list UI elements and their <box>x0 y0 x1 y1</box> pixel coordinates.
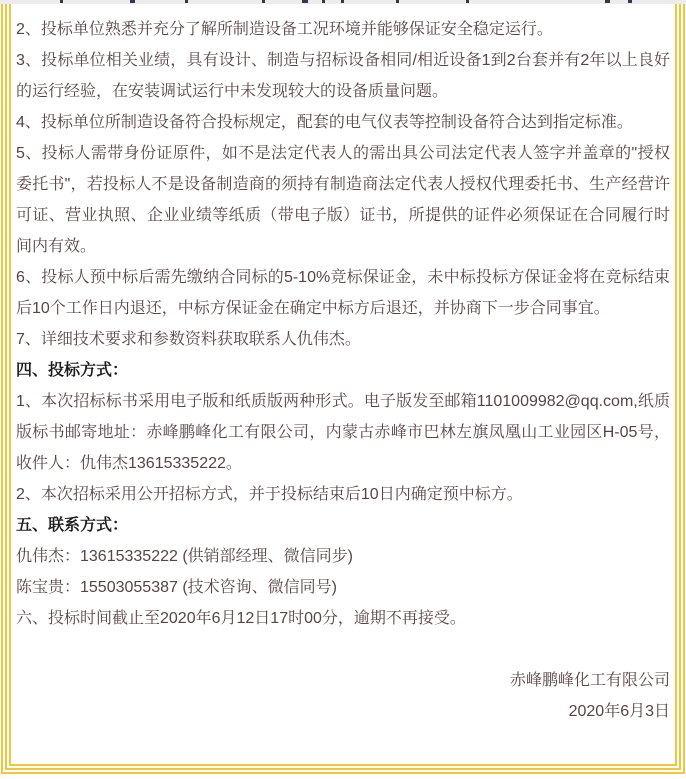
clipped-text-remnant <box>185 0 188 3</box>
paragraph: 4、投标单位所制造设备符合投标规定，配套的电气仪表等控制设备符合达到指定标准。 <box>16 107 670 138</box>
signature-date: 2020年6月3日 <box>16 696 670 727</box>
paragraph: 2、本次招标采用公开招标方式，并于投标结束后10日内确定预中标方。 <box>16 479 670 510</box>
signature-block: 赤峰鹏峰化工有限公司 2020年6月3日 <box>16 665 670 727</box>
clipped-text-remnant <box>302 0 308 3</box>
clipped-text-remnant <box>466 0 469 3</box>
clipped-text-remnant <box>396 0 399 3</box>
paragraph: 六、投标时间截止至2020年6月12日17时00分，逾期不再接受。 <box>16 603 670 634</box>
clipped-line-remnant <box>0 0 686 4</box>
paragraph: 1、本次招标标书采用电子版和纸质版两种形式。电子版发至邮箱1101009982@… <box>16 386 670 479</box>
paragraph: 6、投标人预中标后需先缴纳合同标的5-10%竞标保证金，未中标投标方保证金将在竞… <box>16 262 670 324</box>
clipped-text-remnant <box>628 0 632 3</box>
document-body: 2、投标单位熟悉并充分了解所制造设备工况环境并能够保证安全稳定运行。3、投标单位… <box>16 14 670 634</box>
clipped-text-remnant <box>130 0 135 3</box>
paragraph: 陈宝贵：15503055387 (技术咨询、微信同号) <box>16 572 670 603</box>
clipped-text-remnant <box>605 0 610 3</box>
section-heading: 四、投标方式： <box>16 355 670 386</box>
section-heading: 五、联系方式： <box>16 510 670 541</box>
paragraph: 2、投标单位熟悉并充分了解所制造设备工况环境并能够保证安全稳定运行。 <box>16 14 670 45</box>
clipped-text-remnant <box>60 0 63 3</box>
paragraph: 3、投标单位相关业绩，具有设计、制造与招标设备相同/相近设备1到2台套并有2年以… <box>16 45 670 107</box>
tender-document-page: 2、投标单位熟悉并充分了解所制造设备工况环境并能够保证安全稳定运行。3、投标单位… <box>0 0 686 779</box>
document-content: 2、投标单位熟悉并充分了解所制造设备工况环境并能够保证安全稳定运行。3、投标单位… <box>16 14 670 727</box>
clipped-text-remnant <box>341 0 344 3</box>
paragraph: 5、投标人需带身份证原件，如不是法定代表人的需出具公司法定代表人签字并盖章的"授… <box>16 138 670 262</box>
paragraph: 7、详细技术要求和参数资料获取联系人仇伟杰。 <box>16 324 670 355</box>
paragraph: 仇伟杰：13615335222 (供销部经理、微信同步) <box>16 541 670 572</box>
clipped-text-remnant <box>322 0 325 3</box>
clipped-text-remnant <box>262 0 265 3</box>
signature-company: 赤峰鹏峰化工有限公司 <box>16 665 670 696</box>
